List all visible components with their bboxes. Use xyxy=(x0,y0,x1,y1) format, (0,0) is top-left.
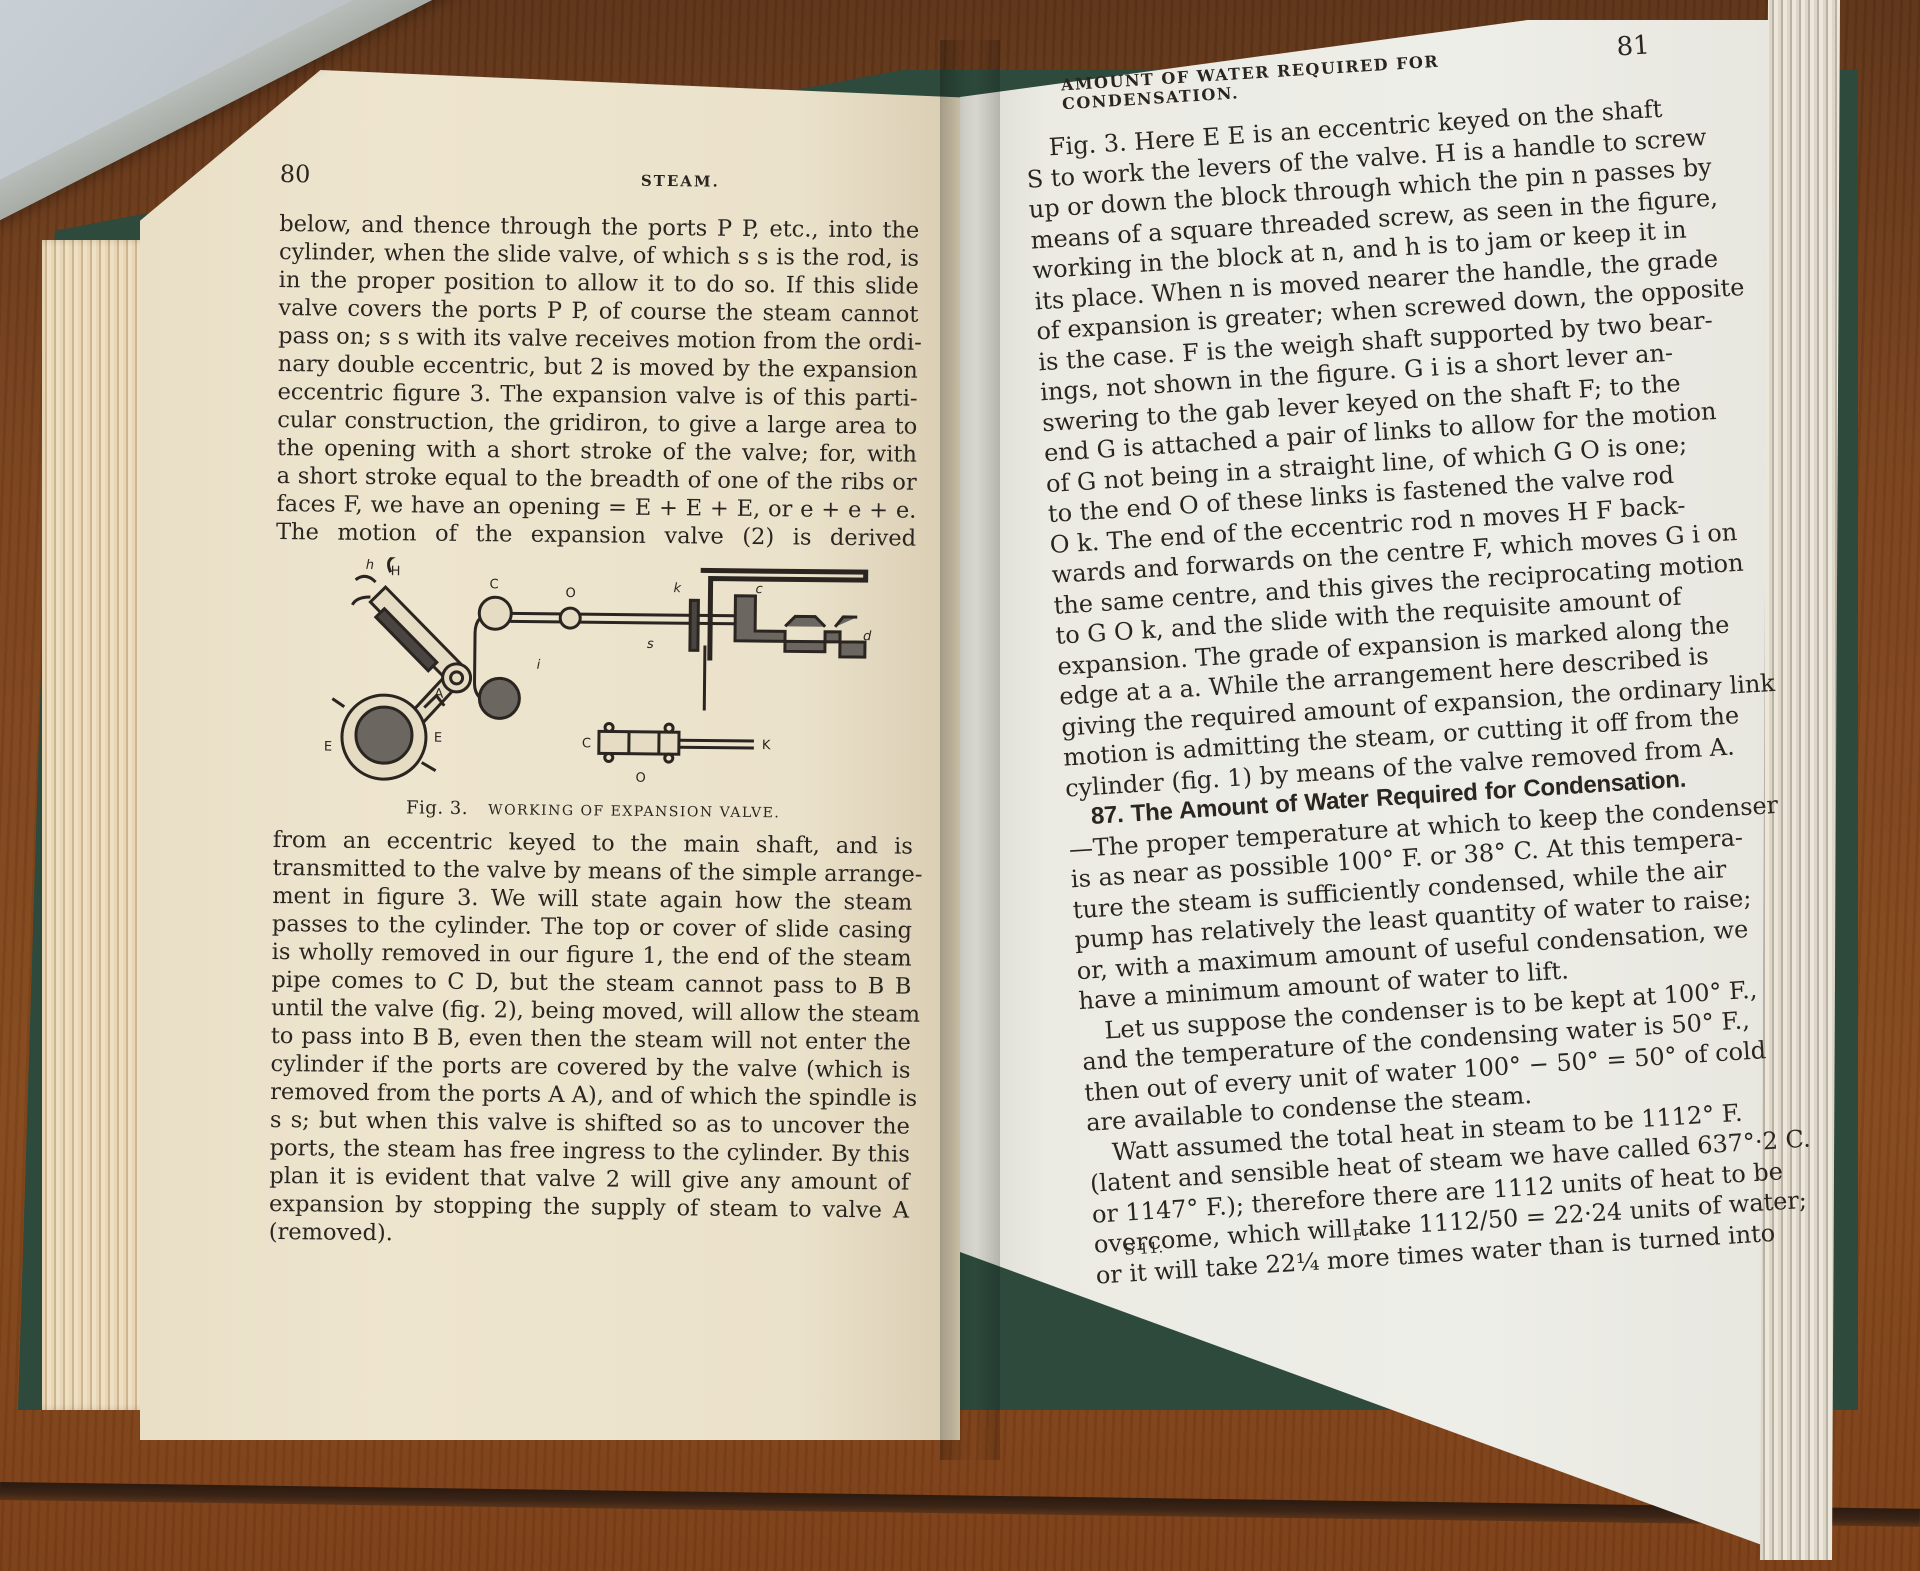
left-running-head: 80 STEAM. xyxy=(280,160,860,194)
svg-text:E: E xyxy=(434,731,442,746)
svg-text:s: s xyxy=(647,637,654,652)
svg-text:H: H xyxy=(391,564,401,579)
svg-text:h: h xyxy=(366,558,374,573)
svg-text:K: K xyxy=(762,738,771,753)
running-head-title-left: STEAM. xyxy=(641,172,720,191)
book-gutter xyxy=(940,40,1000,1460)
svg-text:i: i xyxy=(537,658,541,673)
svg-text:A: A xyxy=(434,687,443,702)
section-number: 87. xyxy=(1090,801,1124,830)
signature-mark-right: F xyxy=(1352,1226,1364,1245)
svg-text:C: C xyxy=(489,577,498,592)
text-line: The motion of the expansion valve (2) is… xyxy=(276,518,916,553)
signature-mark-left: S 11. xyxy=(1124,1238,1164,1258)
left-page-content: 80 STEAM. below, and thence through the … xyxy=(269,160,920,1253)
svg-text:c: c xyxy=(755,582,762,597)
svg-text:C: C xyxy=(582,736,591,751)
svg-text:d: d xyxy=(863,629,872,644)
right-page-edges xyxy=(1760,0,1840,1560)
left-paragraph-2: from an eccentric keyed to the main shaf… xyxy=(269,826,913,1253)
svg-text:O: O xyxy=(565,586,575,601)
figure-caption-title: WORKING OF EXPANSION VALVE. xyxy=(488,802,780,821)
svg-text:O: O xyxy=(635,771,645,786)
figure-caption-number: Fig. 3. xyxy=(406,797,468,819)
right-page-content: AMOUNT OF WATER REQUIRED FOR CONDENSATIO… xyxy=(1020,30,1724,1260)
figure-3-expansion-valve: h H C O k c d s i A E E C K O Fig. 3. WO… xyxy=(313,556,876,832)
page-number-left: 80 xyxy=(280,160,311,188)
expansion-valve-diagram-icon: h H C O k c d s i A E E C K O xyxy=(313,556,875,802)
left-paragraph-1: below, and thence through the ports P P,… xyxy=(276,210,919,553)
left-page-edges xyxy=(42,240,152,1410)
svg-text:k: k xyxy=(673,581,681,596)
page-number-right: 81 xyxy=(1616,30,1651,62)
svg-text:E: E xyxy=(324,739,332,754)
right-paragraph-1: Fig. 3. Here E E is an eccentric keyed o… xyxy=(1024,95,1716,1291)
